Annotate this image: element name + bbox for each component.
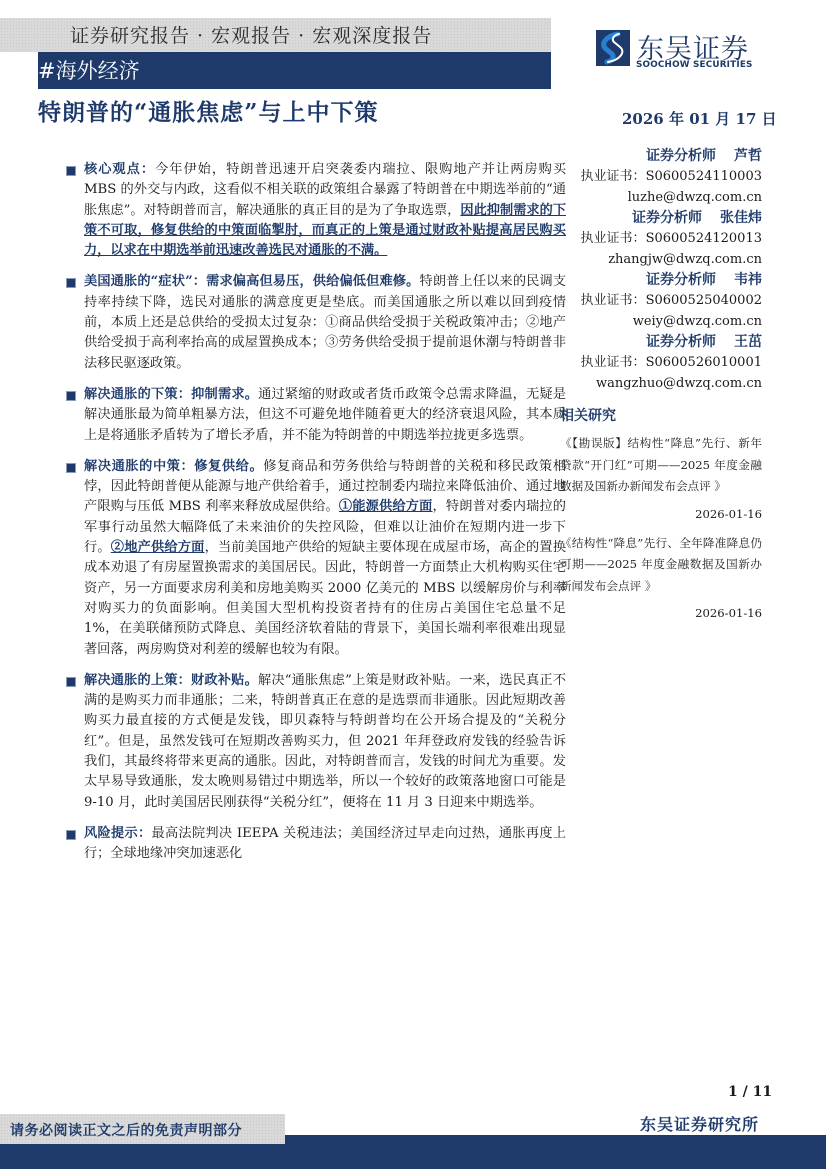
analyst-name: 芦哲 xyxy=(734,148,762,164)
cert-label: 执业证书： xyxy=(581,355,646,370)
analyst-role: 证券分析师 xyxy=(646,148,716,164)
analyst-role: 证券分析师 xyxy=(632,210,702,226)
section-body: 最高法院判决 IEEPA 关税违法；美国经济过早走向过热，通胀再度上行；全球地缘… xyxy=(84,826,566,861)
related-report-date: 2026-01-16 xyxy=(560,603,762,624)
analyst-email[interactable]: wangzhuo@dwzq.com.cn xyxy=(560,373,762,394)
analyst-card: 证券分析师韦祎 执业证书：S0600525040002 weiy@dwzq.co… xyxy=(560,270,762,332)
section-heading: 风险提示： xyxy=(84,826,151,841)
cert-number: S0600524110003 xyxy=(646,169,762,184)
section-inflation-symptoms: 美国通胀的“症状”：需求偏高但易压，供给偏低但难修。特朗普上任以来的民调支持率持… xyxy=(66,272,566,373)
soochow-logo-icon xyxy=(596,30,630,66)
section-heading: 解决通胀的下策：抑制需求。 xyxy=(84,387,258,402)
analyst-email[interactable]: luzhe@dwzq.com.cn xyxy=(560,187,762,208)
summary-column: 核心观点：今年伊始，特朗普迅速开启突袭委内瑞拉、限购地产并让两房购买 MBS 的… xyxy=(66,160,566,876)
analyst-list: 证券分析师芦哲 执业证书：S0600524110003 luzhe@dwzq.c… xyxy=(560,146,762,394)
square-bullet-icon xyxy=(66,391,76,401)
cert-number: S0600526010001 xyxy=(646,355,762,370)
analyst-email[interactable]: zhangjw@dwzq.com.cn xyxy=(560,249,762,270)
analyst-card: 证券分析师张佳炜 执业证书：S0600524120013 zhangjw@dwz… xyxy=(560,208,762,270)
section-body: 解决“通胀焦虑”上策是财政补贴。一来，选民真正不满的是购买力而非通胀；二来，特朗… xyxy=(84,673,566,810)
square-bullet-icon xyxy=(66,166,76,176)
section-core-view: 核心观点：今年伊始，特朗普迅速开启突袭委内瑞拉、限购地产并让两房购买 MBS 的… xyxy=(66,160,566,261)
disclaimer-notice: 请务必阅读正文之后的免责声明部分 xyxy=(10,1120,242,1140)
footer-organization: 东吴证券研究所 xyxy=(640,1112,759,1135)
section-heading: 解决通胀的中策：修复供给。 xyxy=(84,459,263,474)
related-report-link[interactable]: 《【勘误版】结构性“降息”先行、新年贷款“开门红”可期——2025 年度金融数据… xyxy=(560,433,762,498)
logo-english-name: SOOCHOW SECURITIES xyxy=(636,60,753,70)
housing-supply-label: ②地产供给方面 xyxy=(111,540,205,555)
related-research: 相关研究 《【勘误版】结构性“降息”先行、新年贷款“开门红”可期——2025 年… xyxy=(560,405,762,632)
cert-label: 执业证书： xyxy=(581,231,646,246)
report-tag: #海外经济 xyxy=(38,55,140,85)
section-lower-strategy: 解决通胀的下策：抑制需求。通过紧缩的财政或者货币政策令总需求降温，无疑是解决通胀… xyxy=(66,385,566,446)
company-logo: 东吴证券 SOOCHOW SECURITIES xyxy=(596,30,786,76)
square-bullet-icon xyxy=(66,463,76,473)
section-heading: 美国通胀的“症状”：需求偏高但易压，供给偏低但难修。 xyxy=(84,274,419,289)
analyst-name: 王茁 xyxy=(734,334,762,350)
cert-label: 执业证书： xyxy=(581,293,646,308)
cert-number: S0600524120013 xyxy=(646,231,762,246)
page-number: 1 / 11 xyxy=(728,1084,772,1100)
square-bullet-icon xyxy=(66,830,76,840)
section-heading: 核心观点： xyxy=(84,162,155,177)
section-upper-strategy: 解决通胀的上策：财政补贴。解决“通胀焦虑”上策是财政补贴。一来，选民真正不满的是… xyxy=(66,671,566,813)
analyst-role: 证券分析师 xyxy=(646,272,716,288)
energy-supply-label: ①能源供给方面 xyxy=(339,499,433,514)
related-report-date: 2026-01-16 xyxy=(560,504,762,525)
report-title: 特朗普的“通胀焦虑”与上中下策 xyxy=(38,94,378,127)
analyst-name: 张佳炜 xyxy=(720,210,762,226)
section-middle-strategy: 解决通胀的中策：修复供给。修复商品和劳务供给与特朗普的关税和移民政策相悖，因此特… xyxy=(66,457,566,660)
square-bullet-icon xyxy=(66,278,76,288)
report-date: 2026 年 01 月 17 日 xyxy=(622,108,777,129)
related-report-link[interactable]: 《结构性“降息”先行、全年降准降息仍可期——2025 年度金融数据及国新办新闻发… xyxy=(560,533,762,598)
square-bullet-icon xyxy=(66,677,76,687)
related-research-title: 相关研究 xyxy=(560,405,762,425)
report-category: 证券研究报告 · 宏观报告 · 宏观深度报告 xyxy=(70,21,432,48)
analyst-email[interactable]: weiy@dwzq.com.cn xyxy=(560,311,762,332)
analyst-role: 证券分析师 xyxy=(646,334,716,350)
section-risk-warning: 风险提示：最高法院判决 IEEPA 关税违法；美国经济过早走向过热，通胀再度上行… xyxy=(66,824,566,865)
section-heading: 解决通胀的上策：财政补贴。 xyxy=(84,673,258,688)
cert-label: 执业证书： xyxy=(581,169,646,184)
analyst-card: 证券分析师王茁 执业证书：S0600526010001 wangzhuo@dwz… xyxy=(560,332,762,394)
cert-number: S0600525040002 xyxy=(646,293,762,308)
analyst-name: 韦祎 xyxy=(734,272,762,288)
analyst-card: 证券分析师芦哲 执业证书：S0600524110003 luzhe@dwzq.c… xyxy=(560,146,762,208)
housing-supply-body: ，当前美国地产供给的短缺主要体现在成屋市场，高企的置换成本劝退了有房屋置换需求的… xyxy=(84,540,566,656)
